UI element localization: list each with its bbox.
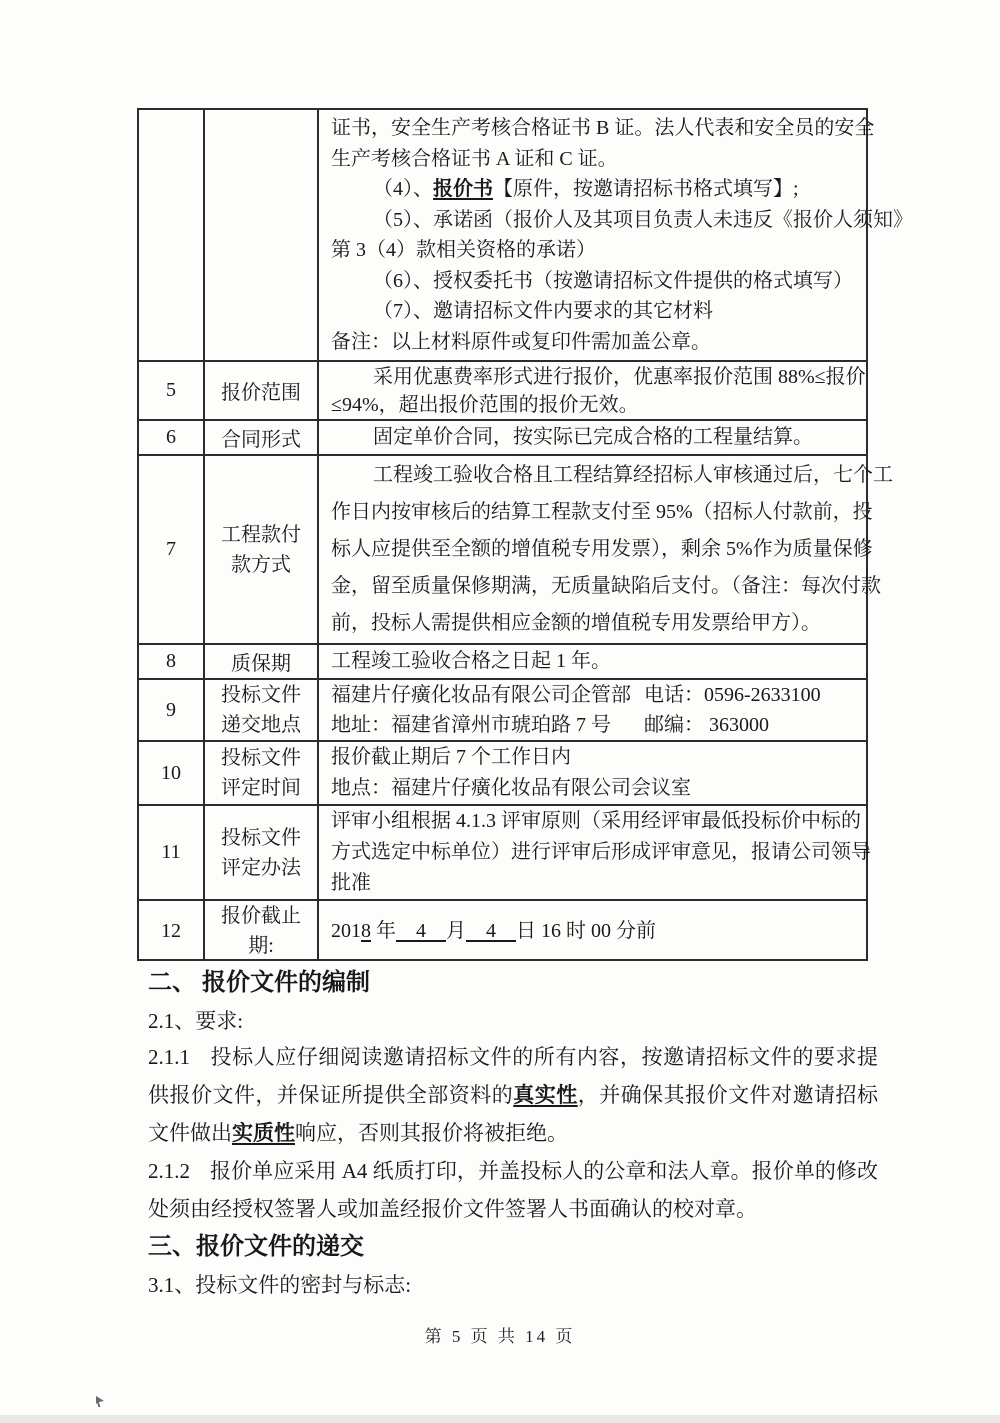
content-line: 采用优惠费率形式进行报价，优惠率报价范围 88%≤报价 <box>331 363 858 391</box>
row-7-label: 工程款付 款方式 <box>203 456 317 643</box>
content-line: （6）、授权委托书（按邀请招标文件提供的格式填写） <box>331 266 858 297</box>
content-line: 报价截止期后 7 个工作日内 <box>331 742 858 773</box>
label-line: 报价截止 <box>221 901 301 931</box>
date-fill-day: 4 <box>466 920 516 942</box>
content-line: 评审小组根据 4.1.3 评审原则（采用经评审最低投标价中标的 <box>331 806 858 837</box>
phone-number: 电话：0596-2633100 <box>644 680 821 710</box>
bid-conditions-table: 证书，安全生产考核合格证书 B 证。法人代表和安全员的安全 生产考核合格证书 A… <box>137 108 868 961</box>
label-line: 款方式 <box>231 550 291 580</box>
table-row-continuation: 证书，安全生产考核合格证书 B 证。法人代表和安全员的安全 生产考核合格证书 A… <box>139 110 866 360</box>
content-line: 地址：福建省漳州市琥珀路 7 号邮编： 363000 <box>331 710 858 740</box>
row-5-label: 报价范围 <box>203 362 317 419</box>
scan-edge-shadow <box>0 1415 1000 1423</box>
date-fill-year: 8 <box>361 920 371 942</box>
content-line: 工程竣工验收合格且工程结算经招标人审核通过后，七个工 <box>331 457 858 494</box>
underlined-term-authenticity: 真实性 <box>513 1083 577 1107</box>
row-7-content: 工程竣工验收合格且工程结算经招标人审核通过后，七个工 作日内按审核后的结算工程款… <box>317 456 866 643</box>
row-6-content: 固定单价合同，按实际已完成合格的工程量结算。 <box>317 421 866 454</box>
deadline-date-line: 2018 年 4 月 4 日 16 时 00 分前 <box>331 916 858 946</box>
row-11-label: 投标文件 评定办法 <box>203 806 317 899</box>
label-line: 投标文件 <box>221 823 301 853</box>
scan-artifact-cursor <box>96 1396 104 1407</box>
label-line: 工程款付 <box>221 520 301 550</box>
content-line: 标人应提供至全额的增值税专用发票），剩余 5%作为质量保修 <box>331 531 858 568</box>
row-12-number: 12 <box>139 901 203 961</box>
postal-code: 邮编： 363000 <box>644 710 769 740</box>
date-text: 月 <box>446 920 466 942</box>
content-line: 批准 <box>331 868 858 899</box>
clause-number: 2.1.1 <box>148 1045 190 1069</box>
row-9-content: 福建片仔癀化妆品有限公司企管部电话：0596-2633100 地址：福建省漳州市… <box>317 680 866 740</box>
content-line: 前，投标人需提供相应金额的增值税专用发票给甲方）。 <box>331 605 858 642</box>
item-prefix: （4）、 <box>373 178 433 200</box>
address-department: 福建片仔癀化妆品有限公司企管部 <box>331 684 631 706</box>
content-line: 备注：以上材料原件或复印件需加盖公章。 <box>331 327 858 358</box>
content-line: 第 3（4）款相关资格的承诺） <box>331 235 858 266</box>
row-5-content: 采用优惠费率形式进行报价，优惠率报价范围 88%≤报价 ≤94%，超出报价范围的… <box>317 362 866 419</box>
row-9-label: 投标文件 递交地点 <box>203 680 317 740</box>
para-3-1: 3.1、投标文件的密封与标志: <box>148 1266 878 1304</box>
content-line: 金，留至质量保修期满，无质量缺陷后支付。（备注：每次付款 <box>331 568 858 605</box>
content-line: 地点：福建片仔癀化妆品有限公司会议室 <box>331 773 858 804</box>
row-11-number: 11 <box>139 806 203 899</box>
date-text: 201 <box>331 920 361 942</box>
table-row-11: 11 投标文件 评定办法 评审小组根据 4.1.3 评审原则（采用经评审最低投标… <box>139 804 866 899</box>
row-8-content: 工程竣工验收合格之日起 1 年。 <box>317 645 866 678</box>
row-cont-content: 证书，安全生产考核合格证书 B 证。法人代表和安全员的安全 生产考核合格证书 A… <box>317 110 866 360</box>
date-text: 年 <box>371 920 396 942</box>
row-6-label: 合同形式 <box>203 421 317 454</box>
content-line: （5）、承诺函（报价人及其项目负责人未违反《报价人须知》 <box>331 205 858 236</box>
section-heading-2: 二、 报价文件的编制 <box>148 962 878 997</box>
label-line: 评定时间 <box>221 773 301 803</box>
table-row-9: 9 投标文件 递交地点 福建片仔癀化妆品有限公司企管部电话：0596-26331… <box>139 678 866 740</box>
scanned-document-page: 证书，安全生产考核合格证书 B 证。法人代表和安全员的安全 生产考核合格证书 A… <box>0 0 1000 1423</box>
label-line: 递交地点 <box>221 710 301 740</box>
content-line: ≤94%，超出报价范围的报价无效。 <box>331 391 858 419</box>
content-line: 固定单价合同，按实际已完成合格的工程量结算。 <box>331 422 858 453</box>
row-10-label: 投标文件 评定时间 <box>203 742 317 804</box>
row-cont-label <box>203 110 317 360</box>
clause-number: 2.1.2 <box>148 1159 190 1183</box>
underlined-term-substantive: 实质性 <box>232 1121 295 1145</box>
table-row-7: 7 工程款付 款方式 工程竣工验收合格且工程结算经招标人审核通过后，七个工 作日… <box>139 454 866 643</box>
item-rest: 【原件，按邀请招标书格式填写】; <box>493 178 799 200</box>
street-address: 地址：福建省漳州市琥珀路 7 号 <box>331 714 611 736</box>
table-row-12: 12 报价截止 期: 2018 年 4 月 4 日 16 时 00 分前 <box>139 899 866 959</box>
table-row-8: 8 质保期 工程竣工验收合格之日起 1 年。 <box>139 643 866 678</box>
content-line: 工程竣工验收合格之日起 1 年。 <box>331 646 858 677</box>
label-line: 投标文件 <box>221 743 301 773</box>
para-2-1-1: 2.1.1投标人应仔细阅读邀请招标文件的所有内容，按邀请招标文件的要求提供报价文… <box>148 1038 878 1152</box>
row-5-number: 5 <box>139 362 203 419</box>
row-11-content: 评审小组根据 4.1.3 评审原则（采用经评审最低投标价中标的 方式选定中标单位… <box>317 806 866 899</box>
content-line: 生产考核合格证书 A 证和 C 证。 <box>331 144 858 175</box>
row-12-content: 2018 年 4 月 4 日 16 时 00 分前 <box>317 901 866 961</box>
row-10-content: 报价截止期后 7 个工作日内 地点：福建片仔癀化妆品有限公司会议室 <box>317 742 866 804</box>
row-cont-number <box>139 110 203 360</box>
page-footer: 第 5 页 共 14 页 <box>0 1322 1000 1347</box>
para-2-1: 2.1、要求: <box>148 1002 878 1040</box>
label-line: 评定办法 <box>221 853 301 883</box>
content-line: 作日内按审核后的结算工程款支付至 95%（招标人付款前，投 <box>331 494 858 531</box>
content-line: （4）、报价书【原件，按邀请招标书格式填写】; <box>331 174 858 205</box>
content-line: 方式选定中标单位）进行评审后形成评审意见，报请公司领导 <box>331 837 858 868</box>
row-12-label: 报价截止 期: <box>203 901 317 961</box>
table-row-5: 5 报价范围 采用优惠费率形式进行报价，优惠率报价范围 88%≤报价 ≤94%，… <box>139 360 866 419</box>
underlined-term: 报价书 <box>433 178 493 200</box>
table-row-10: 10 投标文件 评定时间 报价截止期后 7 个工作日内 地点：福建片仔癀化妆品有… <box>139 740 866 804</box>
date-text: 日 16 时 00 分前 <box>516 920 656 942</box>
content-line: 福建片仔癀化妆品有限公司企管部电话：0596-2633100 <box>331 680 858 710</box>
content-line: 证书，安全生产考核合格证书 B 证。法人代表和安全员的安全 <box>331 113 858 144</box>
row-8-number: 8 <box>139 645 203 678</box>
table-row-6: 6 合同形式 固定单价合同，按实际已完成合格的工程量结算。 <box>139 419 866 454</box>
clause-text: 响应，否则其报价将被拒绝。 <box>295 1121 568 1145</box>
row-8-label: 质保期 <box>203 645 317 678</box>
content-line: （7）、邀请招标文件内要求的其它材料 <box>331 296 858 327</box>
clause-text: 报价单应采用 A4 纸质打印，并盖投标人的公章和法人章。报价单的修改处须由经授权… <box>148 1159 878 1221</box>
row-7-number: 7 <box>139 456 203 643</box>
label-line: 期: <box>248 931 274 961</box>
label-line: 投标文件 <box>221 680 301 710</box>
row-10-number: 10 <box>139 742 203 804</box>
row-9-number: 9 <box>139 680 203 740</box>
para-2-1-2: 2.1.2报价单应采用 A4 纸质打印，并盖投标人的公章和法人章。报价单的修改处… <box>148 1152 878 1228</box>
date-fill-month: 4 <box>396 920 446 942</box>
row-6-number: 6 <box>139 421 203 454</box>
section-heading-3: 三、报价文件的递交 <box>148 1226 878 1261</box>
